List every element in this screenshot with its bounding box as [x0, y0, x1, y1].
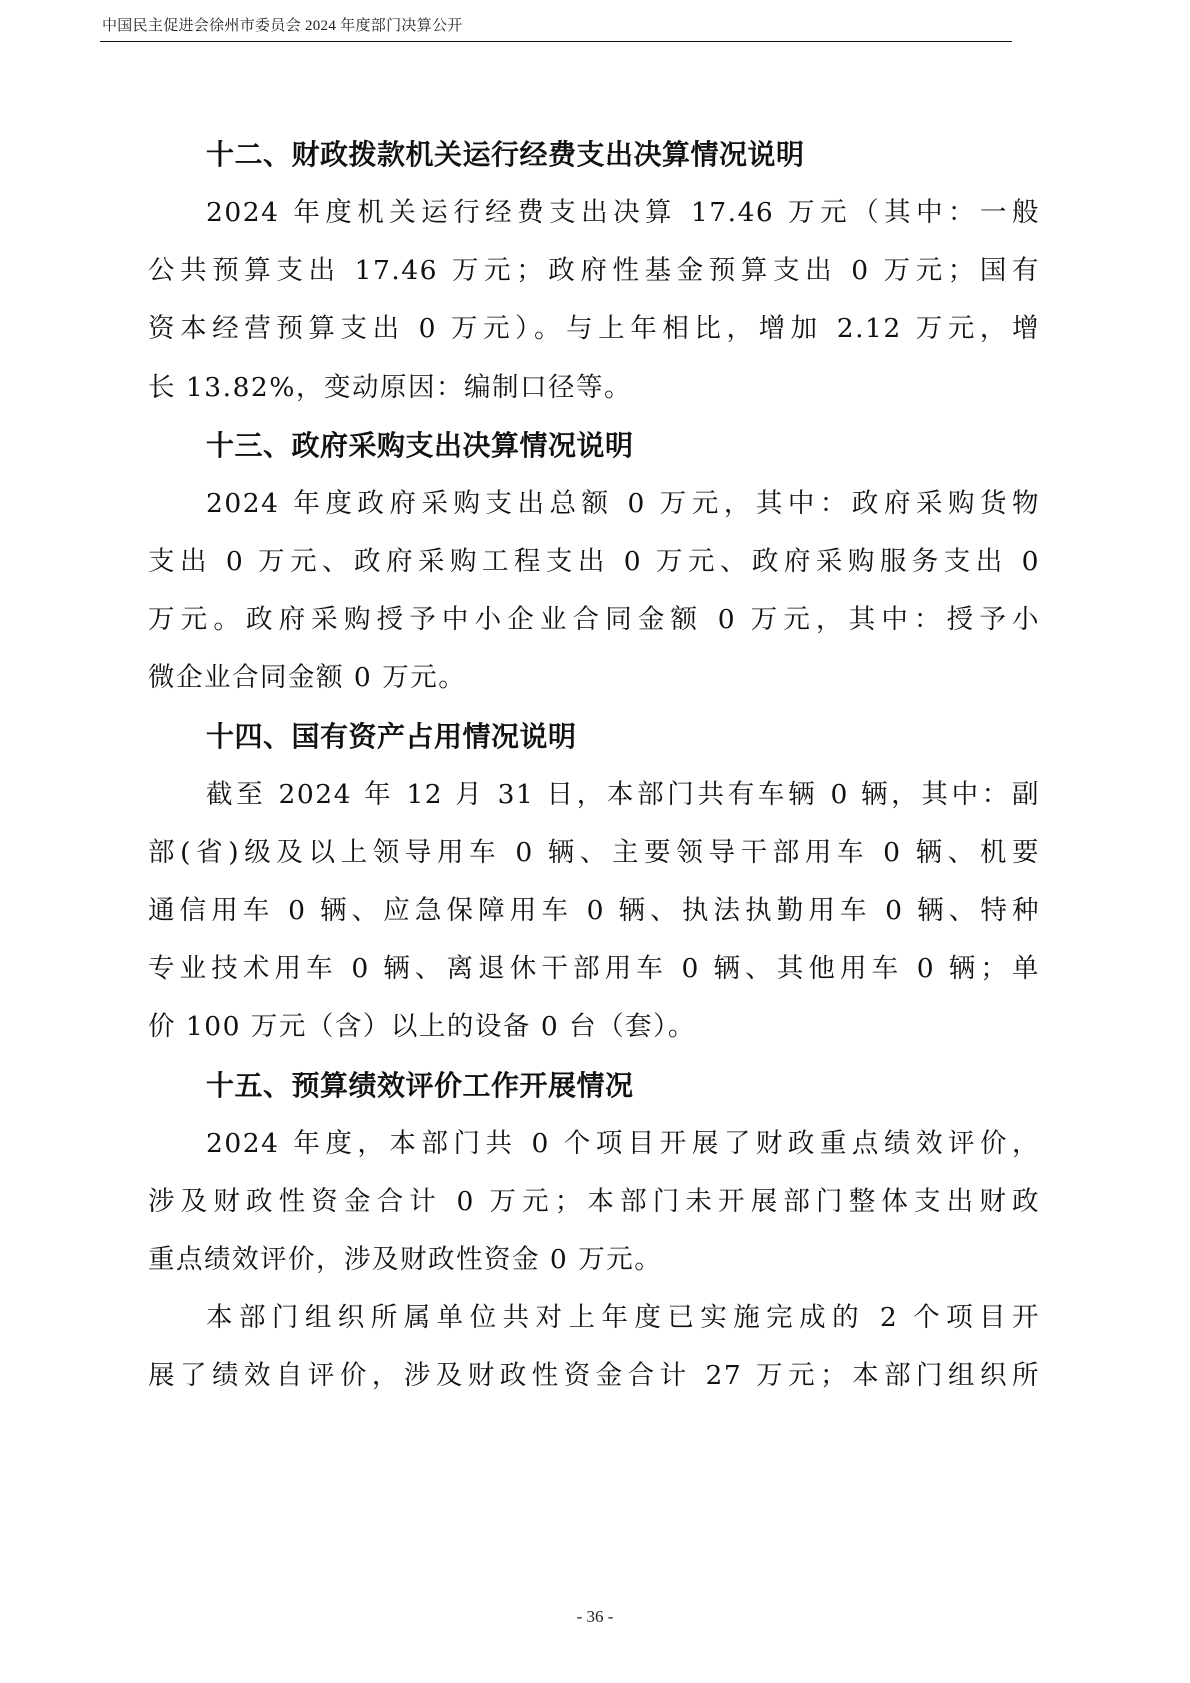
paragraph: 本部门组织所属单位共对上年度已实施完成的 2 个项目开 展了绩效自评价，涉及财政… — [148, 1289, 1040, 1405]
document-body: 十二、财政拨款机关运行经费支出决算情况说明 2024 年度机关运行经费支出决算 … — [148, 126, 1040, 1406]
text-line: 重点绩效评价，涉及财政性资金 0 万元。 — [148, 1231, 1040, 1289]
section-heading: 十二、财政拨款机关运行经费支出决算情况说明 — [148, 126, 1040, 184]
section-heading: 十五、预算绩效评价工作开展情况 — [148, 1057, 1040, 1115]
paragraph: 截至 2024 年 12 月 31 日，本部门共有车辆 0 辆，其中：副 部(省… — [148, 766, 1040, 1057]
text-line: 通信用车 0 辆、应急保障用车 0 辆、执法执勤用车 0 辆、特种 — [148, 882, 1040, 940]
text-line: 2024 年度机关运行经费支出决算 17.46 万元（其中：一般 — [148, 184, 1040, 242]
paragraph: 2024 年度机关运行经费支出决算 17.46 万元（其中：一般 公共预算支出 … — [148, 184, 1040, 417]
section-14: 十四、国有资产占用情况说明 截至 2024 年 12 月 31 日，本部门共有车… — [148, 708, 1040, 1057]
header-rule — [100, 41, 1012, 42]
page-number: - 36 - — [0, 1607, 1190, 1627]
text-line: 本部门组织所属单位共对上年度已实施完成的 2 个项目开 — [148, 1289, 1040, 1347]
text-line: 万元。政府采购授予中小企业合同金额 0 万元，其中：授予小 — [148, 591, 1040, 649]
text-line: 涉及财政性资金合计 0 万元；本部门未开展部门整体支出财政 — [148, 1173, 1040, 1231]
section-12: 十二、财政拨款机关运行经费支出决算情况说明 2024 年度机关运行经费支出决算 … — [148, 126, 1040, 417]
text-line: 公共预算支出 17.46 万元；政府性基金预算支出 0 万元；国有 — [148, 242, 1040, 300]
paragraph: 2024 年度，本部门共 0 个项目开展了财政重点绩效评价， 涉及财政性资金合计… — [148, 1115, 1040, 1290]
section-heading: 十四、国有资产占用情况说明 — [148, 708, 1040, 766]
text-line: 微企业合同金额 0 万元。 — [148, 649, 1040, 707]
text-line: 展了绩效自评价，涉及财政性资金合计 27 万元；本部门组织所 — [148, 1347, 1040, 1405]
text-line: 资本经营预算支出 0 万元）。与上年相比，增加 2.12 万元，增 — [148, 300, 1040, 358]
paragraph: 2024 年度政府采购支出总额 0 万元，其中：政府采购货物 支出 0 万元、政… — [148, 475, 1040, 708]
document-header-title: 中国民主促进会徐州市委员会 2024 年度部门决算公开 — [102, 14, 463, 35]
text-line: 长 13.82%，变动原因：编制口径等。 — [148, 359, 1040, 417]
text-line: 部(省)级及以上领导用车 0 辆、主要领导干部用车 0 辆、机要 — [148, 824, 1040, 882]
text-line: 价 100 万元（含）以上的设备 0 台（套）。 — [148, 998, 1040, 1056]
text-line: 专业技术用车 0 辆、离退休干部用车 0 辆、其他用车 0 辆；单 — [148, 940, 1040, 998]
text-line: 2024 年度政府采购支出总额 0 万元，其中：政府采购货物 — [148, 475, 1040, 533]
section-13: 十三、政府采购支出决算情况说明 2024 年度政府采购支出总额 0 万元，其中：… — [148, 417, 1040, 708]
section-heading: 十三、政府采购支出决算情况说明 — [148, 417, 1040, 475]
section-15: 十五、预算绩效评价工作开展情况 2024 年度，本部门共 0 个项目开展了财政重… — [148, 1057, 1040, 1406]
text-line: 2024 年度，本部门共 0 个项目开展了财政重点绩效评价， — [148, 1115, 1040, 1173]
text-line: 支出 0 万元、政府采购工程支出 0 万元、政府采购服务支出 0 — [148, 533, 1040, 591]
text-line: 截至 2024 年 12 月 31 日，本部门共有车辆 0 辆，其中：副 — [148, 766, 1040, 824]
